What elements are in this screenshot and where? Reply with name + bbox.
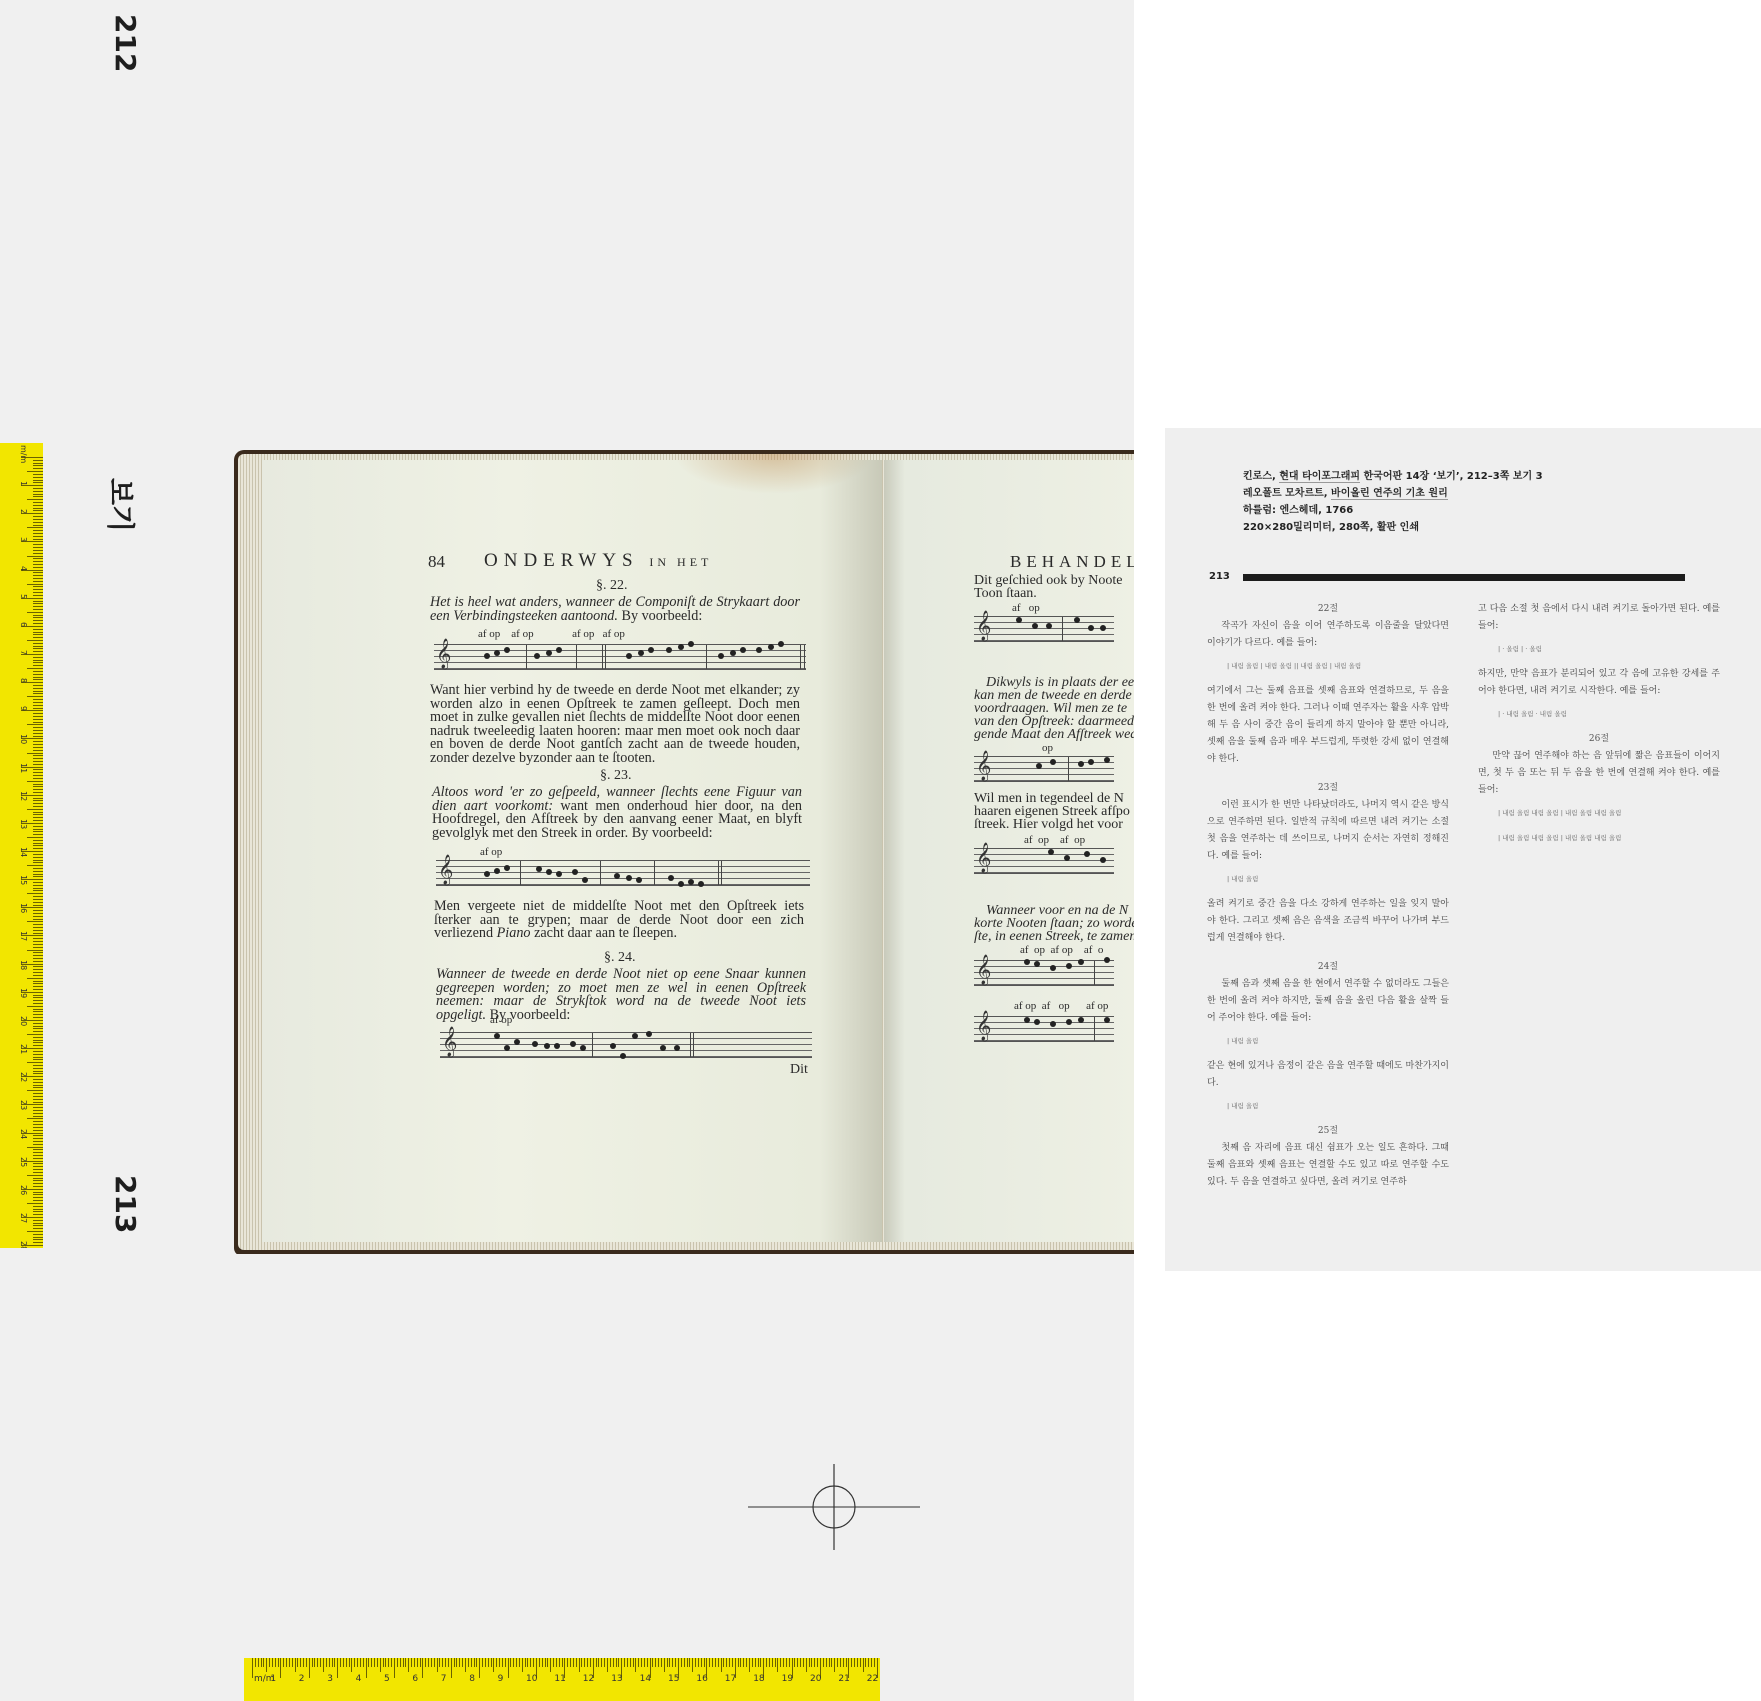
bowing-marks: op — [1042, 742, 1053, 754]
ruler-tick — [33, 755, 43, 756]
ruler-number: 21 — [19, 1044, 28, 1054]
ruler-tick — [851, 1658, 852, 1667]
ruler-tick — [33, 510, 43, 511]
ruler-tick — [33, 981, 43, 982]
ruler-number: 3 — [19, 537, 28, 542]
ruler-tick — [27, 1006, 43, 1007]
ruler-tick — [638, 1658, 639, 1667]
ruler-number: 4 — [356, 1674, 362, 1684]
bowing-example: | · 올림 | · 올림 — [1478, 641, 1720, 658]
ruler-tick — [374, 1658, 375, 1667]
ruler-tick — [27, 781, 43, 782]
ruler-tick — [33, 1149, 43, 1150]
ruler-tick — [27, 1231, 43, 1232]
ruler-tick — [758, 1658, 759, 1667]
ruler-tick — [272, 1658, 273, 1667]
ruler-tick — [371, 1658, 372, 1667]
ruler-tick — [533, 1658, 534, 1667]
ruler-tick — [33, 924, 43, 925]
bowing-marks: af op — [1012, 602, 1040, 614]
ruler-tick — [317, 1658, 318, 1667]
ruler-tick — [33, 750, 43, 751]
ruler-tick — [33, 1121, 43, 1122]
ruler-tick — [33, 1211, 43, 1212]
treble-clef-icon: 𝄞 — [976, 843, 991, 874]
ruler-tick — [360, 1658, 361, 1667]
translation-column-1: 22절작곡가 자신이 음을 이어 연주하도록 이음줄을 달았다면 이야기가 다르… — [1207, 601, 1449, 1191]
ruler-tick — [826, 1658, 827, 1667]
ruler-tick — [33, 496, 43, 497]
paragraph: 하지만, 만약 음표가 분리되어 있고 각 음에 고유한 강세를 주어야 한다면… — [1478, 666, 1720, 700]
ruler-number: 11 — [554, 1674, 565, 1684]
ruler-tick — [655, 1658, 656, 1667]
bowing-example: | 내림 올림 — [1207, 871, 1449, 888]
ruler-tick — [811, 1658, 812, 1667]
ruler-tick — [27, 1090, 43, 1091]
bowing-example: | 내림 올림 내림 올림 | 내림 올림 내림 올림 — [1478, 805, 1720, 822]
registration-mark-icon — [748, 1464, 920, 1550]
ruler-tick — [556, 1658, 557, 1667]
ruler-tick — [692, 1658, 693, 1672]
ruler-tick — [33, 975, 43, 976]
ruler-tick — [624, 1658, 625, 1667]
bowing-example: | 내림 올림 내림 올림 | 내림 올림 내림 올림 — [1478, 830, 1720, 847]
ruler-tick — [33, 1110, 43, 1111]
ruler-tick — [590, 1658, 591, 1667]
ruler-tick — [33, 615, 43, 616]
ruler-number: 20 — [810, 1674, 821, 1684]
ruler-tick — [33, 1107, 43, 1108]
ruler-tick — [33, 1045, 43, 1046]
ruler-tick — [33, 848, 43, 849]
ruler-tick — [27, 471, 43, 472]
ruler-tick — [354, 1658, 355, 1667]
ruler-tick — [854, 1658, 855, 1667]
ruler-tick — [33, 910, 43, 911]
ruler-tick — [587, 1658, 588, 1667]
ruler-tick — [33, 1017, 43, 1018]
ruler-tick — [746, 1658, 747, 1667]
ruler-tick — [439, 1658, 440, 1667]
ruler-tick — [303, 1658, 304, 1667]
ruler-tick — [829, 1658, 830, 1667]
ruler-tick — [366, 1658, 367, 1678]
ruler-number: 10 — [19, 734, 28, 744]
left-page-number: 212 — [109, 14, 142, 72]
ruler-tick — [562, 1658, 563, 1667]
ruler-tick — [33, 1135, 43, 1136]
ruler-tick — [33, 826, 43, 827]
ruler-tick — [809, 1658, 810, 1667]
ruler-tick — [755, 1658, 756, 1667]
ruler-number: 13 — [611, 1674, 622, 1684]
ruler-tick — [27, 1203, 43, 1204]
ruler-tick — [33, 896, 43, 897]
ruler-tick — [33, 800, 43, 801]
ruler-tick — [33, 882, 43, 883]
ruler-number: 14 — [640, 1674, 651, 1684]
ruler-tick — [33, 564, 43, 565]
ruler-tick — [33, 1144, 43, 1145]
ruler-tick — [579, 1658, 580, 1672]
ruler-tick — [33, 1102, 43, 1103]
ruler-tick — [786, 1658, 787, 1667]
ruler-tick — [721, 1658, 722, 1672]
ruler-number: 15 — [668, 1674, 679, 1684]
ruler-tick — [704, 1658, 705, 1667]
ruler-number: 2 — [299, 1674, 305, 1684]
ruler-tick — [33, 1009, 43, 1010]
ruler-tick — [334, 1658, 335, 1667]
ruler-tick — [27, 556, 43, 557]
ruler-tick — [422, 1658, 423, 1678]
ruler-tick — [33, 1223, 43, 1224]
ruler-tick — [340, 1658, 341, 1667]
ruler-tick — [33, 1065, 43, 1066]
ruler-tick — [33, 890, 43, 891]
ruler-number: 7 — [441, 1674, 447, 1684]
ruler-tick — [860, 1658, 861, 1667]
ruler-tick — [33, 1172, 43, 1173]
ruler-tick — [252, 1658, 253, 1678]
ruler-tick — [857, 1658, 858, 1667]
ruler-tick — [846, 1658, 847, 1667]
ruler-tick — [320, 1658, 321, 1667]
book-photograph: 84 ONDERWYS IN HET §. 22. Het is heel wa… — [234, 444, 1134, 1254]
ruler-number: 23 — [19, 1100, 28, 1110]
ruler-tick — [684, 1658, 685, 1667]
ruler-tick — [33, 947, 43, 948]
right-page-line: ſte, in eenen Streek, te zamen — [974, 930, 1134, 944]
ruler-tick — [266, 1658, 267, 1672]
ruler-tick — [33, 660, 43, 661]
ruler-number: 5 — [384, 1674, 390, 1684]
ruler-tick — [868, 1658, 869, 1667]
ruler-tick — [712, 1658, 713, 1667]
ruler-tick — [33, 840, 43, 841]
ruler-tick — [618, 1658, 619, 1667]
ruler-tick — [33, 1220, 43, 1221]
ruler-tick — [420, 1658, 421, 1667]
ruler-tick — [269, 1658, 270, 1667]
ruler-tick — [738, 1658, 739, 1667]
ruler-tick — [33, 1085, 43, 1086]
ruler-tick — [743, 1658, 744, 1667]
ruler-number: 21 — [838, 1674, 849, 1684]
ruler-tick — [823, 1658, 824, 1667]
ruler-tick — [834, 1658, 835, 1672]
ruler-tick — [394, 1658, 395, 1678]
ruler-tick — [687, 1658, 688, 1667]
ruler-number: 11 — [19, 763, 28, 773]
ruler-tick — [664, 1658, 665, 1672]
ruler-tick — [33, 803, 43, 804]
section-22-italic: Het is heel wat anders, wanneer de Compo… — [430, 594, 800, 624]
ruler-tick — [33, 477, 43, 478]
ruler-tick — [33, 772, 43, 773]
ruler-tick — [33, 539, 43, 540]
ruler-tick — [33, 688, 43, 689]
ruler-tick — [27, 837, 43, 838]
ruler-tick — [448, 1658, 449, 1667]
ruler-tick — [499, 1658, 500, 1667]
ruler-tick — [33, 1225, 43, 1226]
ruler-tick — [27, 640, 43, 641]
ruler-tick — [391, 1658, 392, 1667]
section-heading: 22절 — [1207, 601, 1449, 618]
ruler-tick — [33, 1242, 43, 1243]
ruler-number: 14 — [19, 847, 28, 857]
ruler-tick — [33, 792, 43, 793]
ruler-number: 1 — [19, 481, 28, 486]
ruler-tick — [383, 1658, 384, 1667]
ruler-tick — [27, 1034, 43, 1035]
ruler-tick — [33, 567, 43, 568]
ruler-tick — [33, 491, 43, 492]
ruler-tick — [33, 1169, 43, 1170]
ruler-tick — [33, 634, 43, 635]
ruler-tick — [363, 1658, 364, 1667]
ruler-tick — [456, 1658, 457, 1667]
ruler-tick — [479, 1658, 480, 1678]
ruler-tick — [752, 1658, 753, 1667]
ruler-number: 20 — [19, 1016, 28, 1026]
ruler-tick — [596, 1658, 597, 1667]
ruler-tick — [33, 1071, 43, 1072]
ruler-tick — [33, 1096, 43, 1097]
ruler-tick — [33, 702, 43, 703]
ruler-tick — [261, 1658, 262, 1667]
page-stain — [674, 454, 874, 494]
ruler-tick — [33, 1197, 43, 1198]
ruler-tick — [33, 952, 43, 953]
ruler-tick — [278, 1658, 279, 1667]
ruler-tick — [33, 966, 43, 967]
ruler-tick — [33, 1228, 43, 1229]
ruler-number: 1 — [270, 1674, 276, 1684]
ruler-tick — [33, 913, 43, 914]
ruler-tick — [33, 719, 43, 720]
ruler-tick — [33, 1186, 43, 1187]
ruler-tick — [329, 1658, 330, 1667]
ruler-tick — [263, 1658, 264, 1667]
ruler-tick — [33, 1192, 43, 1193]
ruler-tick — [33, 814, 43, 815]
ruler-tick — [33, 874, 43, 875]
ruler-tick — [865, 1658, 866, 1667]
ruler-tick — [33, 944, 43, 945]
ruler-tick — [33, 578, 43, 579]
ruler-tick — [292, 1658, 293, 1667]
ruler-tick — [33, 609, 43, 610]
ruler-tick — [397, 1658, 398, 1667]
ruler-tick — [33, 789, 43, 790]
ruler-tick — [33, 764, 43, 765]
ruler-tick — [27, 921, 43, 922]
ruler-tick — [474, 1658, 475, 1667]
ruler-tick — [309, 1658, 310, 1678]
ruler-tick — [760, 1658, 761, 1667]
ruler-number: 15 — [19, 875, 28, 885]
ruler-tick — [644, 1658, 645, 1667]
ruler-tick — [510, 1658, 511, 1667]
ruler-tick — [814, 1658, 815, 1667]
ruler-tick — [368, 1658, 369, 1667]
ruler-tick — [33, 522, 43, 523]
ruler-tick — [33, 820, 43, 821]
ruler-tick — [33, 1130, 43, 1131]
treble-clef-icon: 𝄞 — [442, 1027, 457, 1058]
ruler-tick — [33, 834, 43, 835]
bowing-marks: af op af op af o — [1020, 944, 1103, 956]
ruler-tick — [701, 1658, 702, 1667]
ruler-tick — [550, 1658, 551, 1672]
caption-subject-title: 바이올린 연주의 기초 원리 — [1331, 488, 1448, 500]
ruler-tick — [769, 1658, 770, 1667]
ruler-number: 17 — [725, 1674, 736, 1684]
caption-book-title: 현대 타이포그래피 — [1279, 471, 1360, 483]
ruler-tick — [493, 1658, 494, 1672]
ruler-number: 16 — [696, 1674, 707, 1684]
ruler-tick — [33, 558, 43, 559]
ruler-tick — [33, 843, 43, 844]
ruler-tick — [33, 1113, 43, 1114]
ruler-tick — [33, 1051, 43, 1052]
ruler-number: 3 — [327, 1674, 333, 1684]
ruler-tick — [33, 741, 43, 742]
ruler-tick — [33, 629, 43, 630]
ruler-number: 16 — [19, 903, 28, 913]
music-staff: 𝄞 — [974, 1016, 1114, 1042]
ruler-tick — [502, 1658, 503, 1667]
ruler-tick — [33, 868, 43, 869]
treble-clef-icon: 𝄞 — [976, 1011, 991, 1042]
section-title: 보기 — [102, 478, 142, 532]
ruler-number: 27 — [19, 1213, 28, 1223]
ruler-tick — [33, 620, 43, 621]
treble-clef-icon: 𝄞 — [436, 639, 451, 670]
ruler-tick — [258, 1658, 259, 1667]
ruler-tick — [817, 1658, 818, 1667]
ruler-number: 12 — [19, 791, 28, 801]
music-staff: 𝄞 — [974, 756, 1114, 782]
ruler-tick — [33, 1031, 43, 1032]
spacer — [1207, 768, 1449, 780]
ruler-tick — [601, 1658, 602, 1667]
ruler-tick — [33, 758, 43, 759]
ruler-tick — [777, 1658, 778, 1672]
right-page-number: 213 — [109, 1175, 142, 1233]
ruler-tick — [33, 1138, 43, 1139]
ruler-tick — [871, 1658, 872, 1667]
ruler-tick — [33, 876, 43, 877]
ruler-tick — [33, 986, 43, 987]
ruler-tick — [33, 592, 43, 593]
ruler-tick — [33, 727, 43, 728]
ruler-tick — [33, 1127, 43, 1128]
ruler-tick — [405, 1658, 406, 1667]
ruler-tick — [630, 1658, 631, 1667]
bowing-marks: af op — [490, 1014, 512, 1026]
treble-clef-icon: 𝄞 — [438, 855, 453, 886]
ruler-tick — [33, 1099, 43, 1100]
ruler-tick — [33, 862, 43, 863]
right-page-line: gende Maat den Afſtreek wede — [974, 728, 1134, 742]
ruler-tick — [718, 1658, 719, 1667]
ruler-tick — [33, 671, 43, 672]
ruler-number: 28 — [19, 1241, 28, 1248]
ruler-tick — [454, 1658, 455, 1667]
ruler-tick — [33, 1183, 43, 1184]
ruler-tick — [431, 1658, 432, 1667]
ruler-number: 22 — [867, 1674, 878, 1684]
ruler-number: 9 — [498, 1674, 504, 1684]
ruler-tick — [33, 983, 43, 984]
caption-author: 킨로스, — [1243, 471, 1276, 482]
ruler-tick — [505, 1658, 506, 1667]
ruler-tick — [255, 1658, 256, 1667]
bowing-marks: af op af op — [1024, 834, 1085, 846]
ruler-tick — [33, 958, 43, 959]
ruler-tick — [33, 674, 43, 675]
ruler-tick — [775, 1658, 776, 1667]
ruler-tick — [275, 1658, 276, 1667]
ruler-tick — [27, 584, 43, 585]
ruler-tick — [33, 1178, 43, 1179]
ruler-tick — [27, 1118, 43, 1119]
ruler-tick — [513, 1658, 514, 1667]
ruler-tick — [33, 547, 43, 548]
ruler-number: 6 — [19, 622, 28, 627]
ruler-tick — [33, 1209, 43, 1210]
ruler-tick — [33, 902, 43, 903]
paragraph: 올려 켜기로 중간 음을 다소 강하게 연주하는 일을 잊지 말아야 한다. 그… — [1207, 896, 1449, 947]
ruler-tick — [729, 1658, 730, 1667]
ruler-tick — [27, 1175, 43, 1176]
ruler-tick — [863, 1658, 864, 1672]
ruler-tick — [658, 1658, 659, 1667]
ruler-tick — [33, 744, 43, 745]
treble-clef-icon: 𝄞 — [976, 955, 991, 986]
ruler-tick — [840, 1658, 841, 1667]
ruler-tick — [33, 1200, 43, 1201]
ruler-tick — [33, 927, 43, 928]
ruler-tick — [33, 1158, 43, 1159]
ruler-tick — [417, 1658, 418, 1667]
ruler-tick — [33, 778, 43, 779]
ruler-tick — [27, 893, 43, 894]
right-page-line: Dit geſchied ook by Noote — [974, 574, 1134, 588]
ruler-tick — [33, 463, 43, 464]
ruler-tick — [604, 1658, 605, 1667]
ruler-tick — [33, 806, 43, 807]
ruler-tick — [641, 1658, 642, 1667]
ruler-tick — [437, 1658, 438, 1672]
ruler-tick — [576, 1658, 577, 1667]
ruler-tick — [33, 1087, 43, 1088]
ruler-tick — [33, 1239, 43, 1240]
section-marker-22: §. 22. — [596, 578, 628, 594]
ruler-tick — [33, 761, 43, 762]
ruler-tick — [33, 1234, 43, 1235]
ruler-tick — [33, 544, 43, 545]
section-marker-24: §. 24. — [604, 950, 636, 966]
ruler-tick — [527, 1658, 528, 1667]
ruler-tick — [33, 533, 43, 534]
ruler-number: 10 — [526, 1674, 537, 1684]
ruler-tick — [33, 1026, 43, 1027]
ruler-tick — [33, 860, 43, 861]
